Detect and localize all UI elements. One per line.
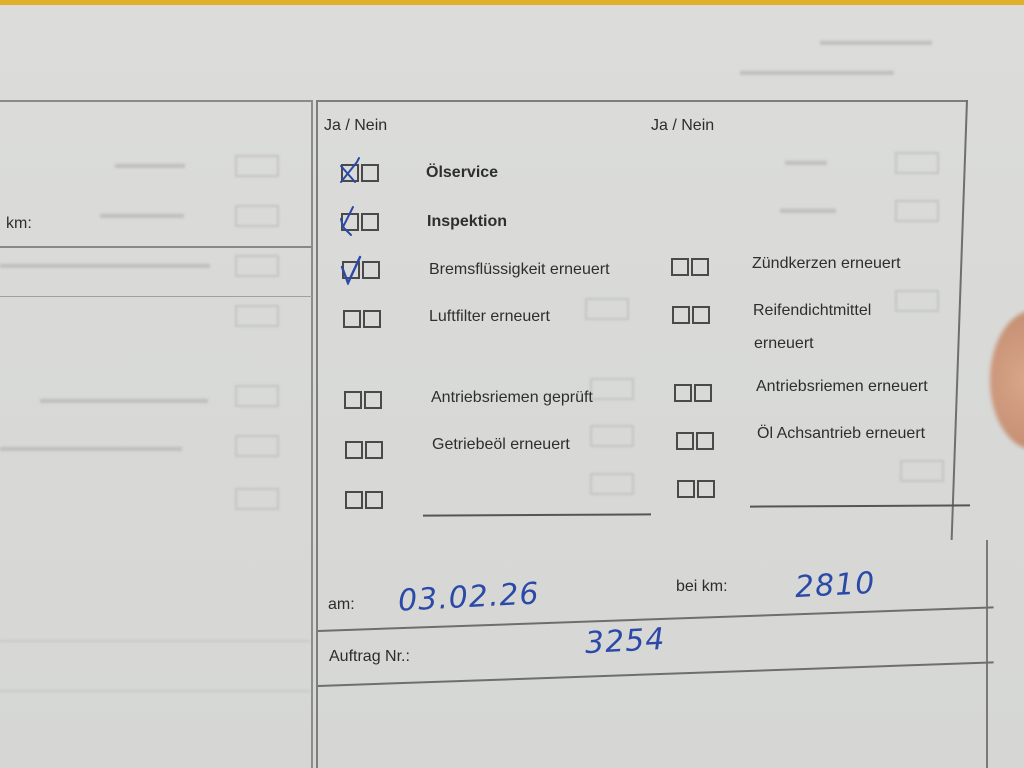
- ghost-box: [895, 290, 939, 312]
- ghost-box: [235, 435, 279, 457]
- item-label-inspektion: Inspektion: [427, 213, 507, 231]
- column-header-ja-nein: Ja / Nein: [651, 117, 714, 135]
- item-label-getriebeoel: Getriebeöl erneuert: [432, 436, 570, 454]
- km-label: bei km:: [676, 578, 728, 596]
- ghost-box: [590, 378, 634, 400]
- ghost-box: [235, 205, 279, 227]
- page-gutter-line: [311, 100, 313, 768]
- left-page-km-label: km:: [6, 215, 32, 233]
- checkbox-ja[interactable]: [674, 384, 692, 402]
- ghost-box: [895, 200, 939, 222]
- checkbox-ja[interactable]: [342, 261, 360, 279]
- ghost-text: ▬▬▬▬▬▬▬▬▬▬▬▬▬: [0, 438, 182, 454]
- item-label-oelservice: Ölservice: [426, 164, 498, 182]
- item-label-zuendkerzen: Zündkerzen erneuert: [752, 255, 901, 273]
- checkbox-nein[interactable]: [697, 480, 715, 498]
- item-label-antriebsriemen-erneuert: Antriebsriemen erneuert: [756, 378, 928, 396]
- date-label: am:: [328, 596, 355, 614]
- ghost-box: [235, 488, 279, 510]
- ghost-text: ▬▬▬▬: [780, 200, 836, 216]
- footer-row-line: [318, 661, 994, 687]
- ghost-line: [0, 690, 310, 692]
- checkbox-ja[interactable]: [345, 491, 363, 509]
- item-label-antriebsriemen-geprueft: Antriebsriemen geprüft: [431, 389, 593, 407]
- checkbox-pair-antriebsriemen-geprueft: [344, 391, 382, 409]
- ghost-text: ▬▬▬▬▬▬: [100, 205, 184, 221]
- checkbox-nein[interactable]: [694, 384, 712, 402]
- checkbox-nein[interactable]: [364, 391, 382, 409]
- km-value-handwritten[interactable]: 2810: [794, 566, 876, 605]
- ghost-box: [900, 460, 944, 482]
- ghost-text: ▬▬▬▬▬▬▬▬▬▬▬▬: [40, 390, 208, 406]
- checkbox-pair-blank: [345, 491, 383, 509]
- booklet-yellow-edge: [0, 0, 1024, 5]
- date-value-handwritten[interactable]: 03.02.26: [397, 576, 540, 618]
- checkbox-pair-oel-achsantrieb: [676, 432, 714, 450]
- ghost-text: ▬▬▬▬▬▬▬▬: [820, 32, 932, 48]
- order-number-label: Auftrag Nr.:: [329, 648, 410, 666]
- service-table-top-border: [316, 100, 968, 102]
- checkbox-ja[interactable]: [672, 306, 690, 324]
- checkbox-pair-getriebeoel: [345, 441, 383, 459]
- checkbox-nein[interactable]: [365, 491, 383, 509]
- ghost-text: ▬▬▬▬▬: [115, 155, 185, 171]
- service-table-right-border: [986, 540, 988, 768]
- checkbox-ja[interactable]: [677, 480, 695, 498]
- blank-item-line[interactable]: [750, 504, 970, 507]
- checkbox-pair-bremsfluessigkeit: [342, 261, 380, 279]
- checkbox-ja[interactable]: [344, 391, 362, 409]
- checkbox-ja[interactable]: [676, 432, 694, 450]
- checkbox-nein[interactable]: [691, 258, 709, 276]
- checkbox-ja[interactable]: [671, 258, 689, 276]
- ghost-box: [590, 425, 634, 447]
- checkbox-ja[interactable]: [341, 164, 359, 182]
- checkbox-pair-inspektion: [341, 213, 379, 231]
- checkbox-ja[interactable]: [341, 213, 359, 231]
- item-label-luftfilter: Luftfilter erneuert: [429, 308, 550, 326]
- ghost-text: ▬▬▬: [785, 152, 827, 168]
- ghost-text: ▬▬▬▬▬▬▬▬▬▬▬▬▬▬▬: [0, 255, 210, 271]
- thumb-holding-booklet: [990, 310, 1024, 450]
- checkbox-nein[interactable]: [361, 164, 379, 182]
- checkbox-pair-luftfilter: [343, 310, 381, 328]
- checkbox-pair-reifendichtmittel: [672, 306, 710, 324]
- order-number-handwritten[interactable]: 3254: [584, 622, 666, 661]
- left-page-divider: [0, 296, 312, 297]
- service-table-left-border: [316, 100, 318, 768]
- ghost-box: [235, 255, 279, 277]
- service-table-right-border: [951, 100, 968, 540]
- ghost-text: ▬▬▬▬▬▬▬▬▬▬▬: [740, 62, 894, 78]
- item-label-reifendichtmittel-line2: erneuert: [754, 335, 814, 353]
- ghost-box: [235, 385, 279, 407]
- item-label-reifendichtmittel: Reifendichtmittel: [753, 302, 871, 320]
- ghost-box: [235, 155, 279, 177]
- item-label-oel-achsantrieb: Öl Achsantrieb erneuert: [757, 425, 925, 443]
- checkbox-nein[interactable]: [361, 213, 379, 231]
- checkbox-pair-oelservice: [341, 164, 379, 182]
- ghost-box: [895, 152, 939, 174]
- ghost-box: [590, 473, 634, 495]
- ghost-line: [0, 640, 310, 642]
- blank-item-line[interactable]: [423, 513, 651, 516]
- checkbox-nein[interactable]: [363, 310, 381, 328]
- checkbox-pair-zuendkerzen: [671, 258, 709, 276]
- left-page-frame-top: [0, 100, 312, 102]
- checkbox-ja[interactable]: [343, 310, 361, 328]
- left-page-divider: [0, 246, 312, 248]
- checkbox-ja[interactable]: [345, 441, 363, 459]
- checkbox-nein[interactable]: [692, 306, 710, 324]
- column-header-ja-nein: Ja / Nein: [324, 117, 387, 135]
- ghost-box: [585, 298, 629, 320]
- checkbox-pair-antriebsriemen-erneuert: [674, 384, 712, 402]
- checkbox-nein[interactable]: [365, 441, 383, 459]
- checkbox-pair-blank-right: [677, 480, 715, 498]
- item-label-bremsfluessigkeit: Bremsflüssigkeit erneuert: [429, 261, 610, 279]
- checkbox-nein[interactable]: [362, 261, 380, 279]
- checkbox-nein[interactable]: [696, 432, 714, 450]
- ghost-box: [235, 305, 279, 327]
